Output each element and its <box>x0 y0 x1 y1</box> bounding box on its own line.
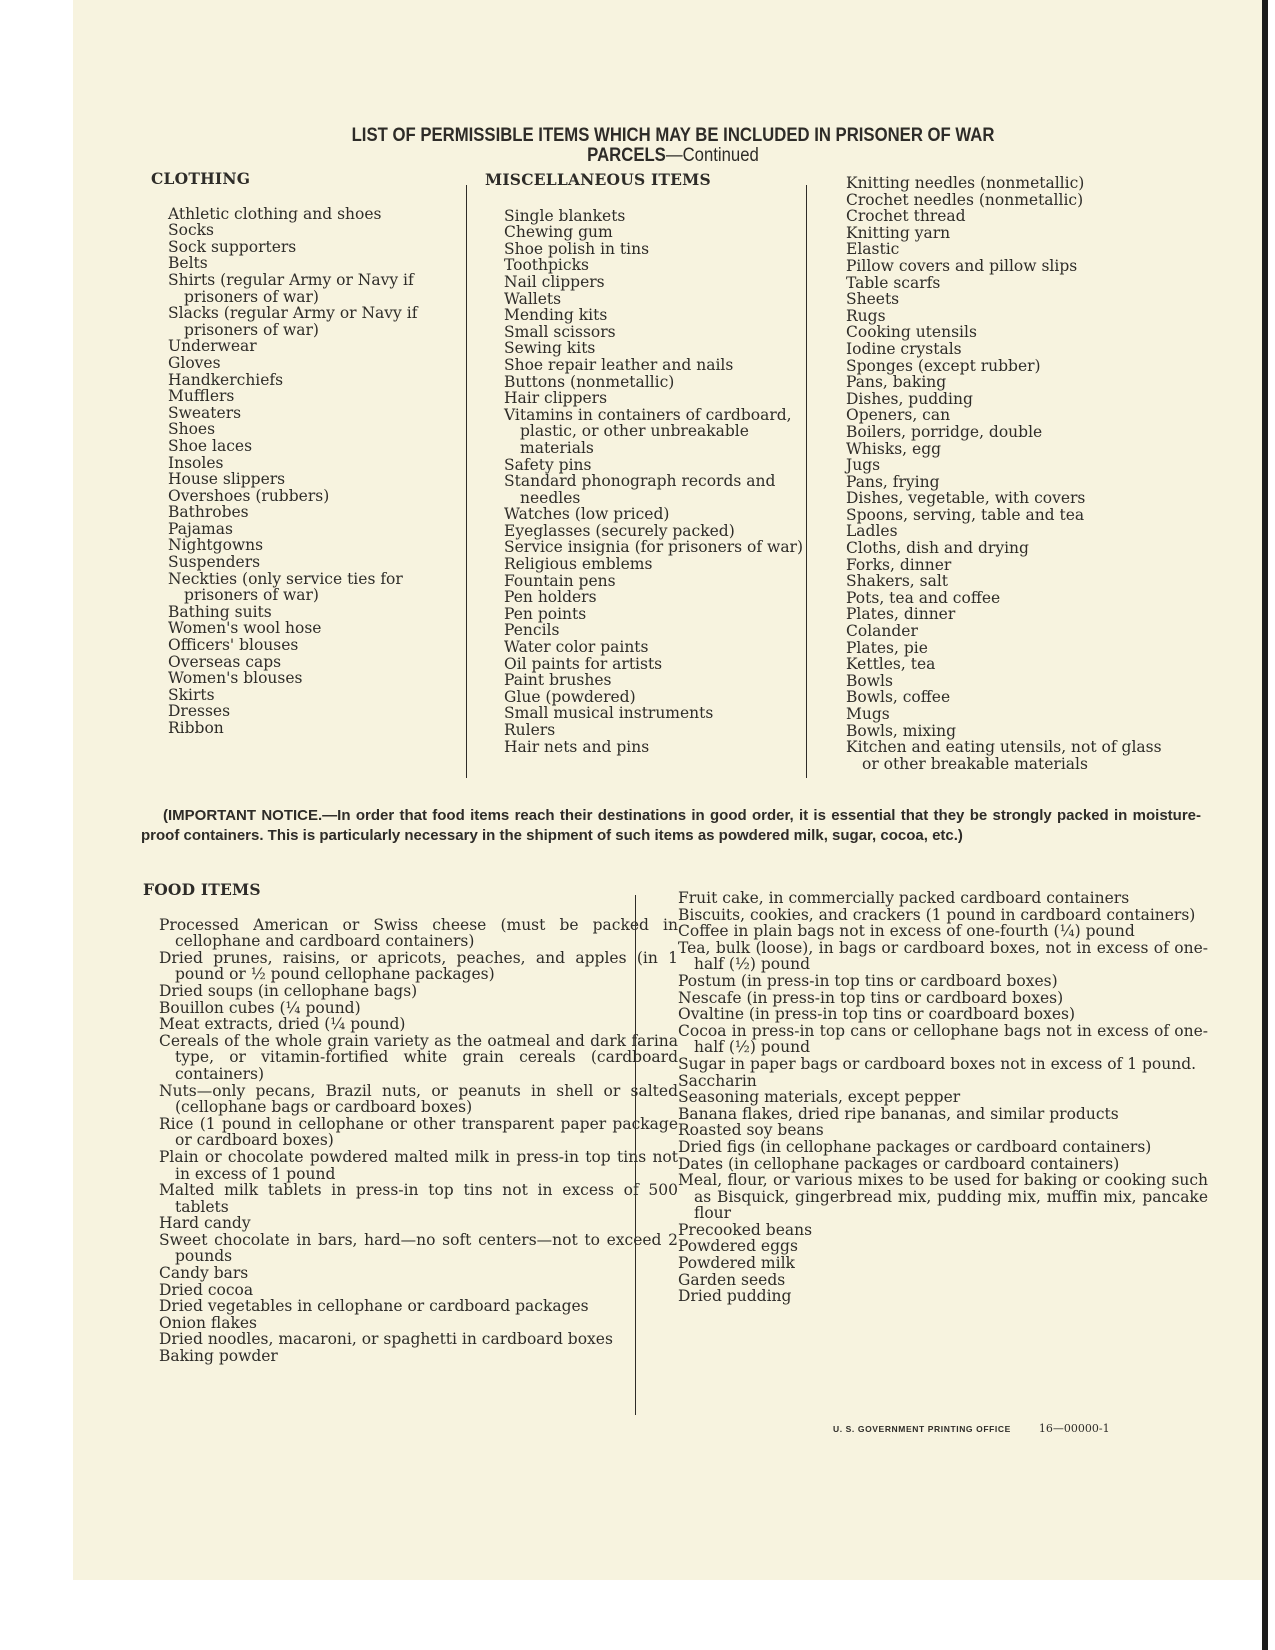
list-item: Meat extracts, dried (¼ pound) <box>159 1016 678 1033</box>
page-title: LIST OF PERMISSIBLE ITEMS WHICH MAY BE I… <box>207 126 1140 166</box>
list-item: Bowls, coffee <box>846 689 1166 706</box>
list-item: Dishes, vegetable, with covers <box>846 490 1166 507</box>
list-item: Pencils <box>504 622 805 639</box>
list-item: Malted milk tablets in press-in top tins… <box>159 1182 678 1215</box>
list-item: Elastic <box>846 241 1166 258</box>
list-item: Socks <box>168 222 451 239</box>
list-item: Shirts (regular Army or Navy if prisoner… <box>168 272 451 305</box>
list-item: Gloves <box>168 355 451 372</box>
list-item: Pans, baking <box>846 374 1166 391</box>
list-item: Water color paints <box>504 639 805 656</box>
list-item: Pen points <box>504 606 805 623</box>
list-item: Bowls <box>846 673 1166 690</box>
list-item: Glue (powdered) <box>504 689 805 706</box>
list-item: Rulers <box>504 722 805 739</box>
list-item: Powdered eggs <box>678 1238 1208 1255</box>
list-item: Bowls, mixing <box>846 723 1166 740</box>
list-item: Small scissors <box>504 324 805 341</box>
list-item: Dried noodles, macaroni, or spaghetti in… <box>159 1331 678 1348</box>
list-item: Eyeglasses (securely packed) <box>504 523 805 540</box>
list-item: Hard candy <box>159 1215 678 1232</box>
list-item: Dried figs (in cellophane packages or ca… <box>678 1139 1208 1156</box>
list-item: Sewing kits <box>504 340 805 357</box>
miscellaneous-section: MISCELLANEOUS ITEMS Single blanketsChewi… <box>485 172 805 755</box>
list-item: Overseas caps <box>168 654 451 671</box>
list-item: Fruit cake, in commercially packed cardb… <box>678 890 1208 907</box>
document-page: LIST OF PERMISSIBLE ITEMS WHICH MAY BE I… <box>73 0 1268 1580</box>
title-continued: —Continued <box>666 145 759 166</box>
list-item: Women's blouses <box>168 670 451 687</box>
list-item: Hair nets and pins <box>504 739 805 756</box>
list-item: Insoles <box>168 455 451 472</box>
list-item: Sweaters <box>168 405 451 422</box>
list-item: Bathing suits <box>168 604 451 621</box>
list-item: Paint brushes <box>504 672 805 689</box>
list-item: Whisks, egg <box>846 441 1166 458</box>
list-item: Skirts <box>168 687 451 704</box>
column-divider <box>806 185 807 778</box>
title-line-2: PARCELS <box>587 145 666 166</box>
list-item: Pillow covers and pillow slips <box>846 258 1166 275</box>
list-item: Dried pudding <box>678 1288 1208 1305</box>
list-item: Small musical instruments <box>504 705 805 722</box>
print-code: 16—00000-1 <box>1039 1422 1110 1435</box>
list-item: Onion flakes <box>159 1315 678 1332</box>
list-item: Rugs <box>846 308 1166 325</box>
list-item: Seasoning materials, except pepper <box>678 1089 1208 1106</box>
list-item: Banana flakes, dried ripe bananas, and s… <box>678 1106 1208 1123</box>
list-item: Kettles, tea <box>846 656 1166 673</box>
list-item: Crochet needles (nonmetallic) <box>846 192 1166 209</box>
list-item: Roasted soy beans <box>678 1122 1208 1139</box>
list-item: Saccharin <box>678 1073 1208 1090</box>
list-item: Processed American or Swiss cheese (must… <box>159 917 678 950</box>
list-item: Ribbon <box>168 720 451 737</box>
list-item: Nail clippers <box>504 274 805 291</box>
printer-name: U. S. GOVERNMENT PRINTING OFFICE <box>833 1424 1011 1434</box>
list-item: Mending kits <box>504 307 805 324</box>
list-item: Postum (in press-in top tins or cardboar… <box>678 973 1208 990</box>
list-item: Athletic clothing and shoes <box>168 206 451 223</box>
list-item: Underwear <box>168 338 451 355</box>
list-item: Crochet thread <box>846 208 1166 225</box>
list-item: Pen holders <box>504 589 805 606</box>
list-item: Mufflers <box>168 388 451 405</box>
list-item: Officers' blouses <box>168 637 451 654</box>
food-list-left: Processed American or Swiss cheese (must… <box>159 917 678 1365</box>
list-item: Dried soups (in cellophane bags) <box>159 983 678 1000</box>
list-item: Toothpicks <box>504 257 805 274</box>
list-item: Knitting needles (nonmetallic) <box>846 175 1166 192</box>
list-item: Forks, dinner <box>846 557 1166 574</box>
list-item: Sock supporters <box>168 239 451 256</box>
clothing-section: CLOTHING Athletic clothing and shoesSock… <box>151 171 451 737</box>
list-item: Plates, dinner <box>846 606 1166 623</box>
list-item: Nuts—only pecans, Brazil nuts, or peanut… <box>159 1083 678 1116</box>
food-heading: FOOD ITEMS <box>143 882 678 899</box>
list-item: Overshoes (rubbers) <box>168 488 451 505</box>
list-item: Safety pins <box>504 457 805 474</box>
list-item: Nightgowns <box>168 537 451 554</box>
list-item: Belts <box>168 255 451 272</box>
list-item: Slacks (regular Army or Navy if prisoner… <box>168 305 451 338</box>
food-section: FOOD ITEMS Processed American or Swiss c… <box>143 882 678 1365</box>
list-item: Garden seeds <box>678 1272 1208 1289</box>
miscellaneous-continued-list: Knitting needles (nonmetallic)Crochet ne… <box>846 175 1166 772</box>
list-item: Colander <box>846 623 1166 640</box>
list-item: Ovaltine (in press-in top tins or coardb… <box>678 1006 1208 1023</box>
scan-edge <box>1262 0 1268 1650</box>
list-item: Wallets <box>504 291 805 308</box>
list-item: Dishes, pudding <box>846 391 1166 408</box>
list-item: Candy bars <box>159 1265 678 1282</box>
list-item: Oil paints for artists <box>504 656 805 673</box>
list-item: Ladles <box>846 523 1166 540</box>
list-item: Buttons (nonmetallic) <box>504 374 805 391</box>
list-item: Shoes <box>168 421 451 438</box>
list-item: Suspenders <box>168 554 451 571</box>
list-item: Baking powder <box>159 1348 678 1365</box>
miscellaneous-heading: MISCELLANEOUS ITEMS <box>485 172 805 189</box>
list-item: Biscuits, cookies, and crackers (1 pound… <box>678 907 1208 924</box>
list-item: Iodine crystals <box>846 341 1166 358</box>
list-item: Shoe polish in tins <box>504 241 805 258</box>
list-item: Standard phonograph records and needles <box>504 473 805 506</box>
important-notice: (IMPORTANT NOTICE.—In order that food it… <box>141 806 1201 846</box>
list-item: Plates, pie <box>846 640 1166 657</box>
list-item: Sweet chocolate in bars, hard—no soft ce… <box>159 1232 678 1265</box>
list-item: Jugs <box>846 457 1166 474</box>
list-item: Shoe repair leather and nails <box>504 357 805 374</box>
list-item: Rice (1 pound in cellophane or other tra… <box>159 1116 678 1149</box>
list-item: Neckties (only service ties for prisoner… <box>168 571 451 604</box>
miscellaneous-list: Single blanketsChewing gumShoe polish in… <box>504 208 805 756</box>
list-item: Spoons, serving, table and tea <box>846 507 1166 524</box>
list-item: Knitting yarn <box>846 225 1166 242</box>
food-section-continued: Fruit cake, in commercially packed cardb… <box>678 890 1208 1305</box>
list-item: Pans, frying <box>846 474 1166 491</box>
list-item: Handkerchiefs <box>168 372 451 389</box>
list-item: Table scarfs <box>846 275 1166 292</box>
list-item: Bathrobes <box>168 504 451 521</box>
list-item: Pots, tea and coffee <box>846 590 1166 607</box>
miscellaneous-continued-section: Knitting needles (nonmetallic)Crochet ne… <box>846 175 1166 772</box>
list-item: Dried cocoa <box>159 1282 678 1299</box>
list-item: Women's wool hose <box>168 620 451 637</box>
list-item: Chewing gum <box>504 224 805 241</box>
list-item: Kitchen and eating utensils, not of glas… <box>846 739 1166 772</box>
list-item: Sheets <box>846 291 1166 308</box>
list-item: Cereals of the whole grain variety as th… <box>159 1033 678 1083</box>
list-item: Sponges (except rubber) <box>846 358 1166 375</box>
list-item: Boilers, porridge, double <box>846 424 1166 441</box>
list-item: Powdered milk <box>678 1255 1208 1272</box>
list-item: Dried vegetables in cellophane or cardbo… <box>159 1298 678 1315</box>
column-divider <box>635 895 636 1415</box>
clothing-heading: CLOTHING <box>151 171 451 188</box>
list-item: Religious emblems <box>504 556 805 573</box>
list-item: Coffee in plain bags not in excess of on… <box>678 923 1208 940</box>
list-item: Shakers, salt <box>846 573 1166 590</box>
list-item: Mugs <box>846 706 1166 723</box>
list-item: Shoe laces <box>168 438 451 455</box>
printer-footer: U. S. GOVERNMENT PRINTING OFFICE16—00000… <box>833 1422 1110 1435</box>
column-divider <box>466 185 467 778</box>
list-item: Nescafe (in press-in top tins or cardboa… <box>678 990 1208 1007</box>
list-item: Cooking utensils <box>846 324 1166 341</box>
list-item: Dried prunes, raisins, or apricots, peac… <box>159 950 678 983</box>
list-item: Bouillon cubes (¼ pound) <box>159 1000 678 1017</box>
list-item: Cloths, dish and drying <box>846 540 1166 557</box>
list-item: Cocoa in press-in top cans or cellophane… <box>678 1023 1208 1056</box>
list-item: Vitamins in containers of cardboard, pla… <box>504 407 805 457</box>
list-item: Sugar in paper bags or cardboard boxes n… <box>678 1056 1208 1073</box>
list-item: Precooked beans <box>678 1222 1208 1239</box>
list-item: Plain or chocolate powdered malted milk … <box>159 1149 678 1182</box>
list-item: Pajamas <box>168 521 451 538</box>
list-item: Service insignia (for prisoners of war) <box>504 539 805 556</box>
list-item: House slippers <box>168 471 451 488</box>
list-item: Openers, can <box>846 407 1166 424</box>
list-item: Dresses <box>168 703 451 720</box>
list-item: Meal, flour, or various mixes to be used… <box>678 1172 1208 1222</box>
list-item: Single blankets <box>504 208 805 225</box>
list-item: Fountain pens <box>504 573 805 590</box>
list-item: Hair clippers <box>504 390 805 407</box>
title-line-1: LIST OF PERMISSIBLE ITEMS WHICH MAY BE I… <box>352 125 995 146</box>
list-item: Tea, bulk (loose), in bags or cardboard … <box>678 940 1208 973</box>
list-item: Dates (in cellophane packages or cardboa… <box>678 1156 1208 1173</box>
food-list-right: Fruit cake, in commercially packed cardb… <box>678 890 1208 1305</box>
clothing-list: Athletic clothing and shoesSocksSock sup… <box>168 206 451 737</box>
list-item: Watches (low priced) <box>504 506 805 523</box>
